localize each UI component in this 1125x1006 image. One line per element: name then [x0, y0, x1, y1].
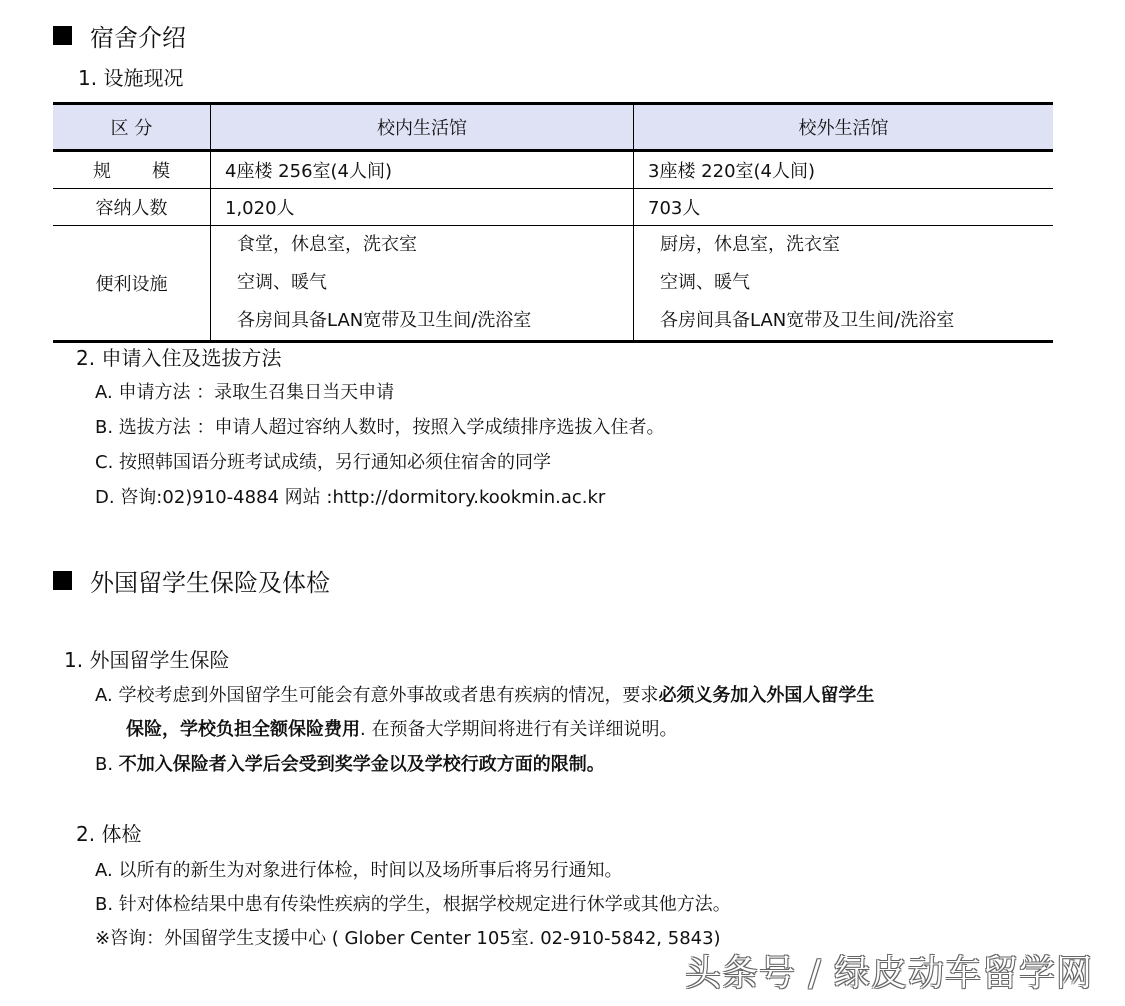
list-item: A. 以所有的新生为对象进行体检，时间以及场所事后将另行通知。 [95, 856, 622, 882]
list-item: A. 学校考虑到外国留学生可能会有意外事故或者患有疾病的情况，要求必须义务加入外… [95, 681, 874, 707]
item-text: . 在预备大学期间将进行有关详细说明。 [360, 719, 677, 740]
header-category: 区 分 [53, 104, 211, 151]
black-square-bullet-icon [53, 571, 72, 590]
list-item-continuation: 保险，学校负担全额保险费用. 在预备大学期间将进行有关详细说明。 [126, 715, 677, 741]
label-part: 模 [152, 157, 170, 183]
row-label-amenities: 便利设施 [53, 226, 211, 342]
list-item: C. 按照韩国语分班考试成绩，另行通知必须住宿舍的同学 [95, 448, 551, 474]
section-title-dormitory: 宿舍介绍 [53, 18, 186, 53]
amenity-line: 空调、暖气 [660, 264, 1039, 302]
amenity-line: 空调、暖气 [237, 264, 619, 302]
amenity-line: 各房间具备LAN宽带及卫生间/洗浴室 [660, 302, 1039, 340]
table-row: 便利设施 食堂，休息室，洗衣室 空调、暖气 各房间具备LAN宽带及卫生间/洗浴室… [53, 226, 1053, 342]
table-header-row: 区 分 校内生活馆 校外生活馆 [53, 104, 1053, 151]
cell-off-campus-scale: 3座楼 220室(4人间) [634, 151, 1054, 189]
subheading-health-check: 2. 体检 [76, 818, 141, 847]
list-item: D. 咨询:02)910-4884 网站 :http://dormitory.k… [95, 483, 605, 509]
list-item: B. 针对体检结果中患有传染性疾病的学生，根据学校规定进行休学或其他方法。 [95, 890, 731, 916]
table-row: 规 模 4座楼 256室(4人间) 3座楼 220室(4人间) [53, 151, 1053, 189]
list-item: B. 不加入保险者入学后会受到奖学金以及学校行政方面的限制。 [95, 750, 605, 776]
list-item: A. 申请方法 ：录取生召集日当天申请 [95, 378, 394, 404]
subheading-facilities: 1. 设施现况 [78, 62, 183, 91]
header-on-campus: 校内生活馆 [211, 104, 634, 151]
item-text-bold: 必须义务加入外国人留学生 [658, 685, 874, 706]
section-title-insurance: 外国留学生保险及体检 [53, 563, 330, 598]
amenity-line: 食堂，休息室，洗衣室 [237, 226, 619, 264]
watermark: 头条号 / 绿皮动车留学网 [685, 945, 1093, 996]
subheading-application: 2. 申请入住及选拔方法 [76, 342, 281, 371]
item-text-bold: 不加入保险者入学后会受到奖学金以及学校行政方面的限制。 [119, 754, 605, 775]
subheading-insurance: 1. 外国留学生保险 [64, 644, 229, 673]
section-title-text: 外国留学生保险及体检 [90, 563, 330, 598]
contact-note: ※咨询：外国留学生支援中心 ( Glober Center 105室. 02-9… [95, 924, 721, 950]
item-text-bold: 保险，学校负担全额保险费用 [126, 719, 360, 740]
amenity-line: 厨房，休息室，洗衣室 [660, 226, 1039, 264]
row-label-scale: 规 模 [53, 151, 211, 189]
amenity-line: 各房间具备LAN宽带及卫生间/洗浴室 [237, 302, 619, 340]
header-off-campus: 校外生活馆 [634, 104, 1054, 151]
item-text: A. 学校考虑到外国留学生可能会有意外事故或者患有疾病的情况，要求 [95, 685, 658, 706]
label-part: 规 [93, 157, 111, 183]
facility-table: 区 分 校内生活馆 校外生活馆 规 模 4座楼 256室(4人间) 3座楼 22… [53, 102, 1053, 343]
list-item: B. 选拔方法 ：申请人超过容纳人数时，按照入学成绩排序选拔入住者。 [95, 413, 665, 439]
cell-on-campus-capacity: 1,020人 [211, 189, 634, 226]
row-label-capacity: 容纳人数 [53, 189, 211, 226]
cell-off-campus-amenities: 厨房，休息室，洗衣室 空调、暖气 各房间具备LAN宽带及卫生间/洗浴室 [634, 226, 1054, 342]
cell-off-campus-capacity: 703人 [634, 189, 1054, 226]
cell-on-campus-scale: 4座楼 256室(4人间) [211, 151, 634, 189]
section-title-text: 宿舍介绍 [90, 18, 186, 53]
cell-on-campus-amenities: 食堂，休息室，洗衣室 空调、暖气 各房间具备LAN宽带及卫生间/洗浴室 [211, 226, 634, 342]
item-text: B. [95, 754, 119, 775]
black-square-bullet-icon [53, 26, 72, 45]
table-row: 容纳人数 1,020人 703人 [53, 189, 1053, 226]
